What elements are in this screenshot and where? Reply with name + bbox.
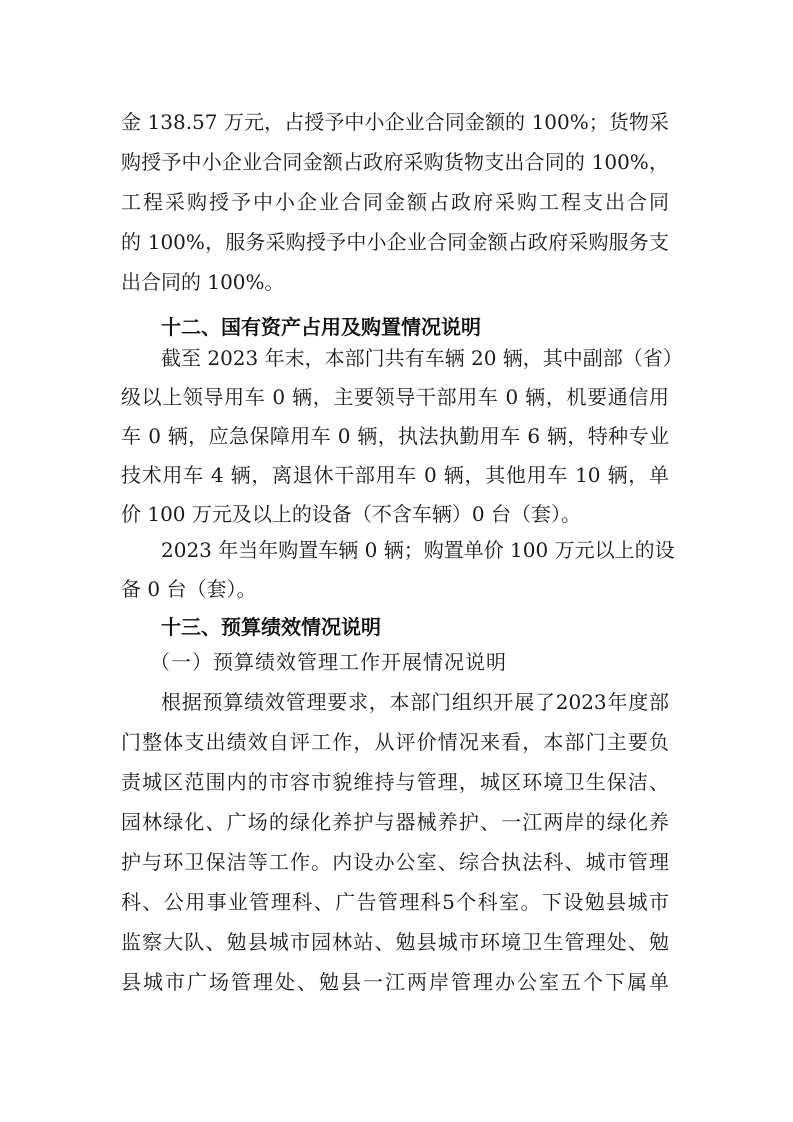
body-text-line: 责城区范围内的市容市貌维持与管理，城区环境卫生保洁、 <box>121 767 669 797</box>
document-page: 金 138.57 万元，占授予中小企业合同金额的 100%；货物采 购授予中小企… <box>0 0 793 1122</box>
body-text-line: 科、公用事业管理科、广告管理科5个科室。下设勉县城市 <box>121 887 669 917</box>
body-text-line: 门整体支出绩效自评工作，从评价情况来看，本部门主要负 <box>121 727 669 757</box>
section-heading-12: 十二、国有资产占用及购置情况说明 <box>161 312 481 342</box>
body-text-line: 截至 2023 年末，本部门共有车辆 20 辆，其中副部（省） <box>161 343 669 373</box>
body-text-line: 级以上领导用车 0 辆，主要领导干部用车 0 辆，机要通信用 <box>121 382 669 412</box>
body-text-line: 园林绿化、广场的绿化养护与器械养护、一江两岸的绿化养 <box>121 807 669 837</box>
body-text-line: 价 100 万元及以上的设备（不含车辆）0 台（套）。 <box>121 499 669 529</box>
body-text-line: 备 0 台（套）。 <box>121 574 669 604</box>
body-text-line: 监察大队、勉县城市园林站、勉县城市环境卫生管理处、勉 <box>121 927 669 957</box>
body-text-line: 购授予中小企业合同金额占政府采购货物支出合同的 100%， <box>121 147 669 177</box>
body-text-line: 县城市广场管理处、勉县一江两岸管理办公室五个下属单 <box>121 967 669 997</box>
section-heading-13: 十三、预算绩效情况说明 <box>161 612 381 642</box>
body-text-line: 的 100%，服务采购授予中小企业合同金额占政府采购服务支 <box>121 227 669 257</box>
body-text-line: 出合同的 100%。 <box>121 267 669 297</box>
body-text-line: 2023 年当年购置车辆 0 辆；购置单价 100 万元以上的设 <box>161 535 669 565</box>
body-text-line: 工程采购授予中小企业合同金额占政府采购工程支出合同 <box>121 187 669 217</box>
body-text-line: 车 0 辆，应急保障用车 0 辆，执法执勤用车 6 辆，特种专业 <box>121 421 669 451</box>
body-text-line: 技术用车 4 辆，离退休干部用车 0 辆，其他用车 10 辆，单 <box>121 460 669 490</box>
body-text-line: 金 138.57 万元，占授予中小企业合同金额的 100%；货物采 <box>121 107 669 137</box>
body-text-line: 护与环卫保洁等工作。内设办公室、综合执法科、城市管理 <box>121 847 669 877</box>
subsection-heading: （一）预算绩效管理工作开展情况说明 <box>150 647 507 677</box>
body-text-line: 根据预算绩效管理要求，本部门组织开展了2023年度部 <box>161 687 669 717</box>
